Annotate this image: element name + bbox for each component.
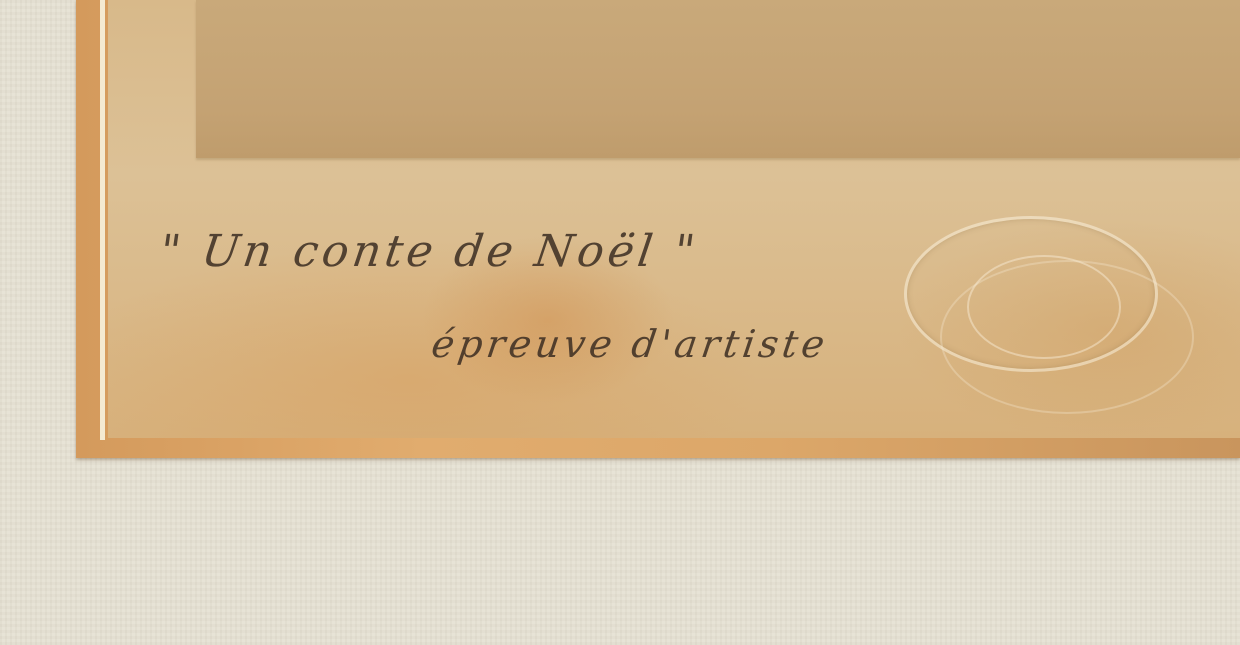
- inscription-artist-proof: épreuve d'artiste: [429, 322, 831, 366]
- plate-mark-image-area: [196, 0, 1240, 158]
- blind-stamp-outer-ring: [940, 260, 1194, 414]
- bevel-highlight: [100, 0, 105, 440]
- inscription-title: " Un conte de Noël ": [156, 226, 701, 277]
